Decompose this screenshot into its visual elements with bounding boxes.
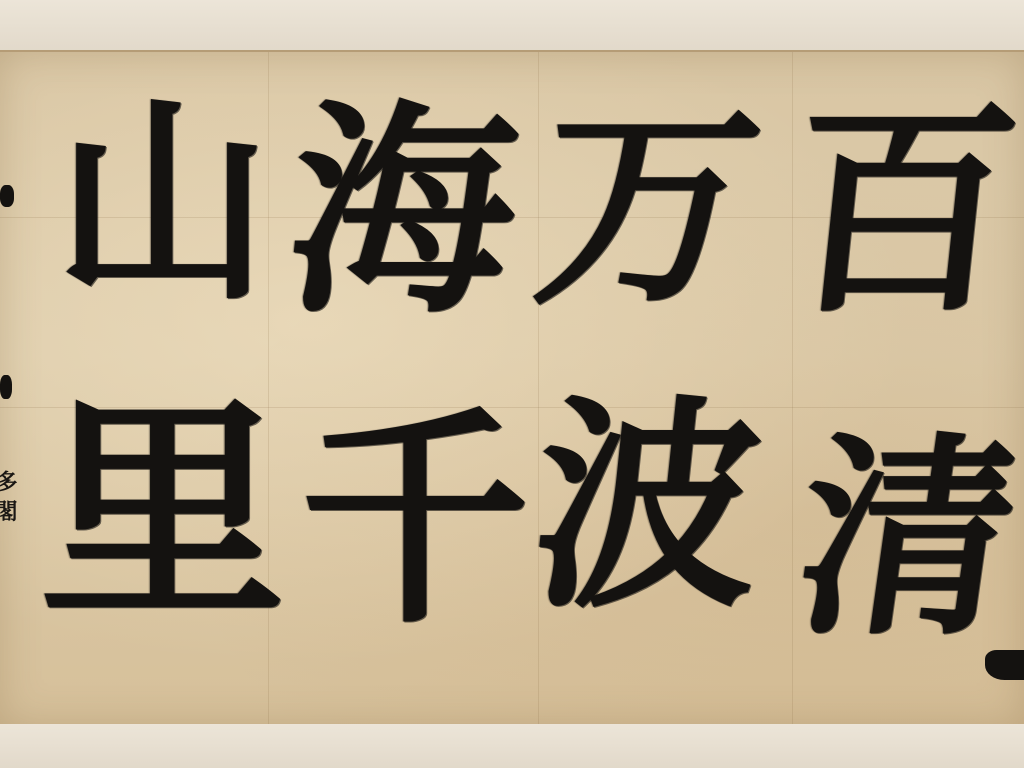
calligraphy-character: 百 (778, 100, 1024, 325)
calligraphy-character: 千 (300, 405, 530, 635)
calligraphy-character: 海 (278, 100, 527, 325)
calligraphy-character: 清 (785, 430, 1024, 645)
ink-mark (0, 375, 12, 399)
calligraphy-character: 万 (525, 100, 770, 315)
calligraphy-character: 山 (55, 95, 270, 310)
calligraphy-character: 波 (523, 395, 772, 620)
ink-mark (0, 185, 14, 207)
inscription-column: 多 閣 (0, 470, 22, 522)
scroll-mount-top (0, 0, 1024, 52)
scroll-mount-bottom (0, 724, 1024, 768)
calligraphy-character: 里 (39, 395, 286, 630)
ink-mark (985, 650, 1024, 680)
